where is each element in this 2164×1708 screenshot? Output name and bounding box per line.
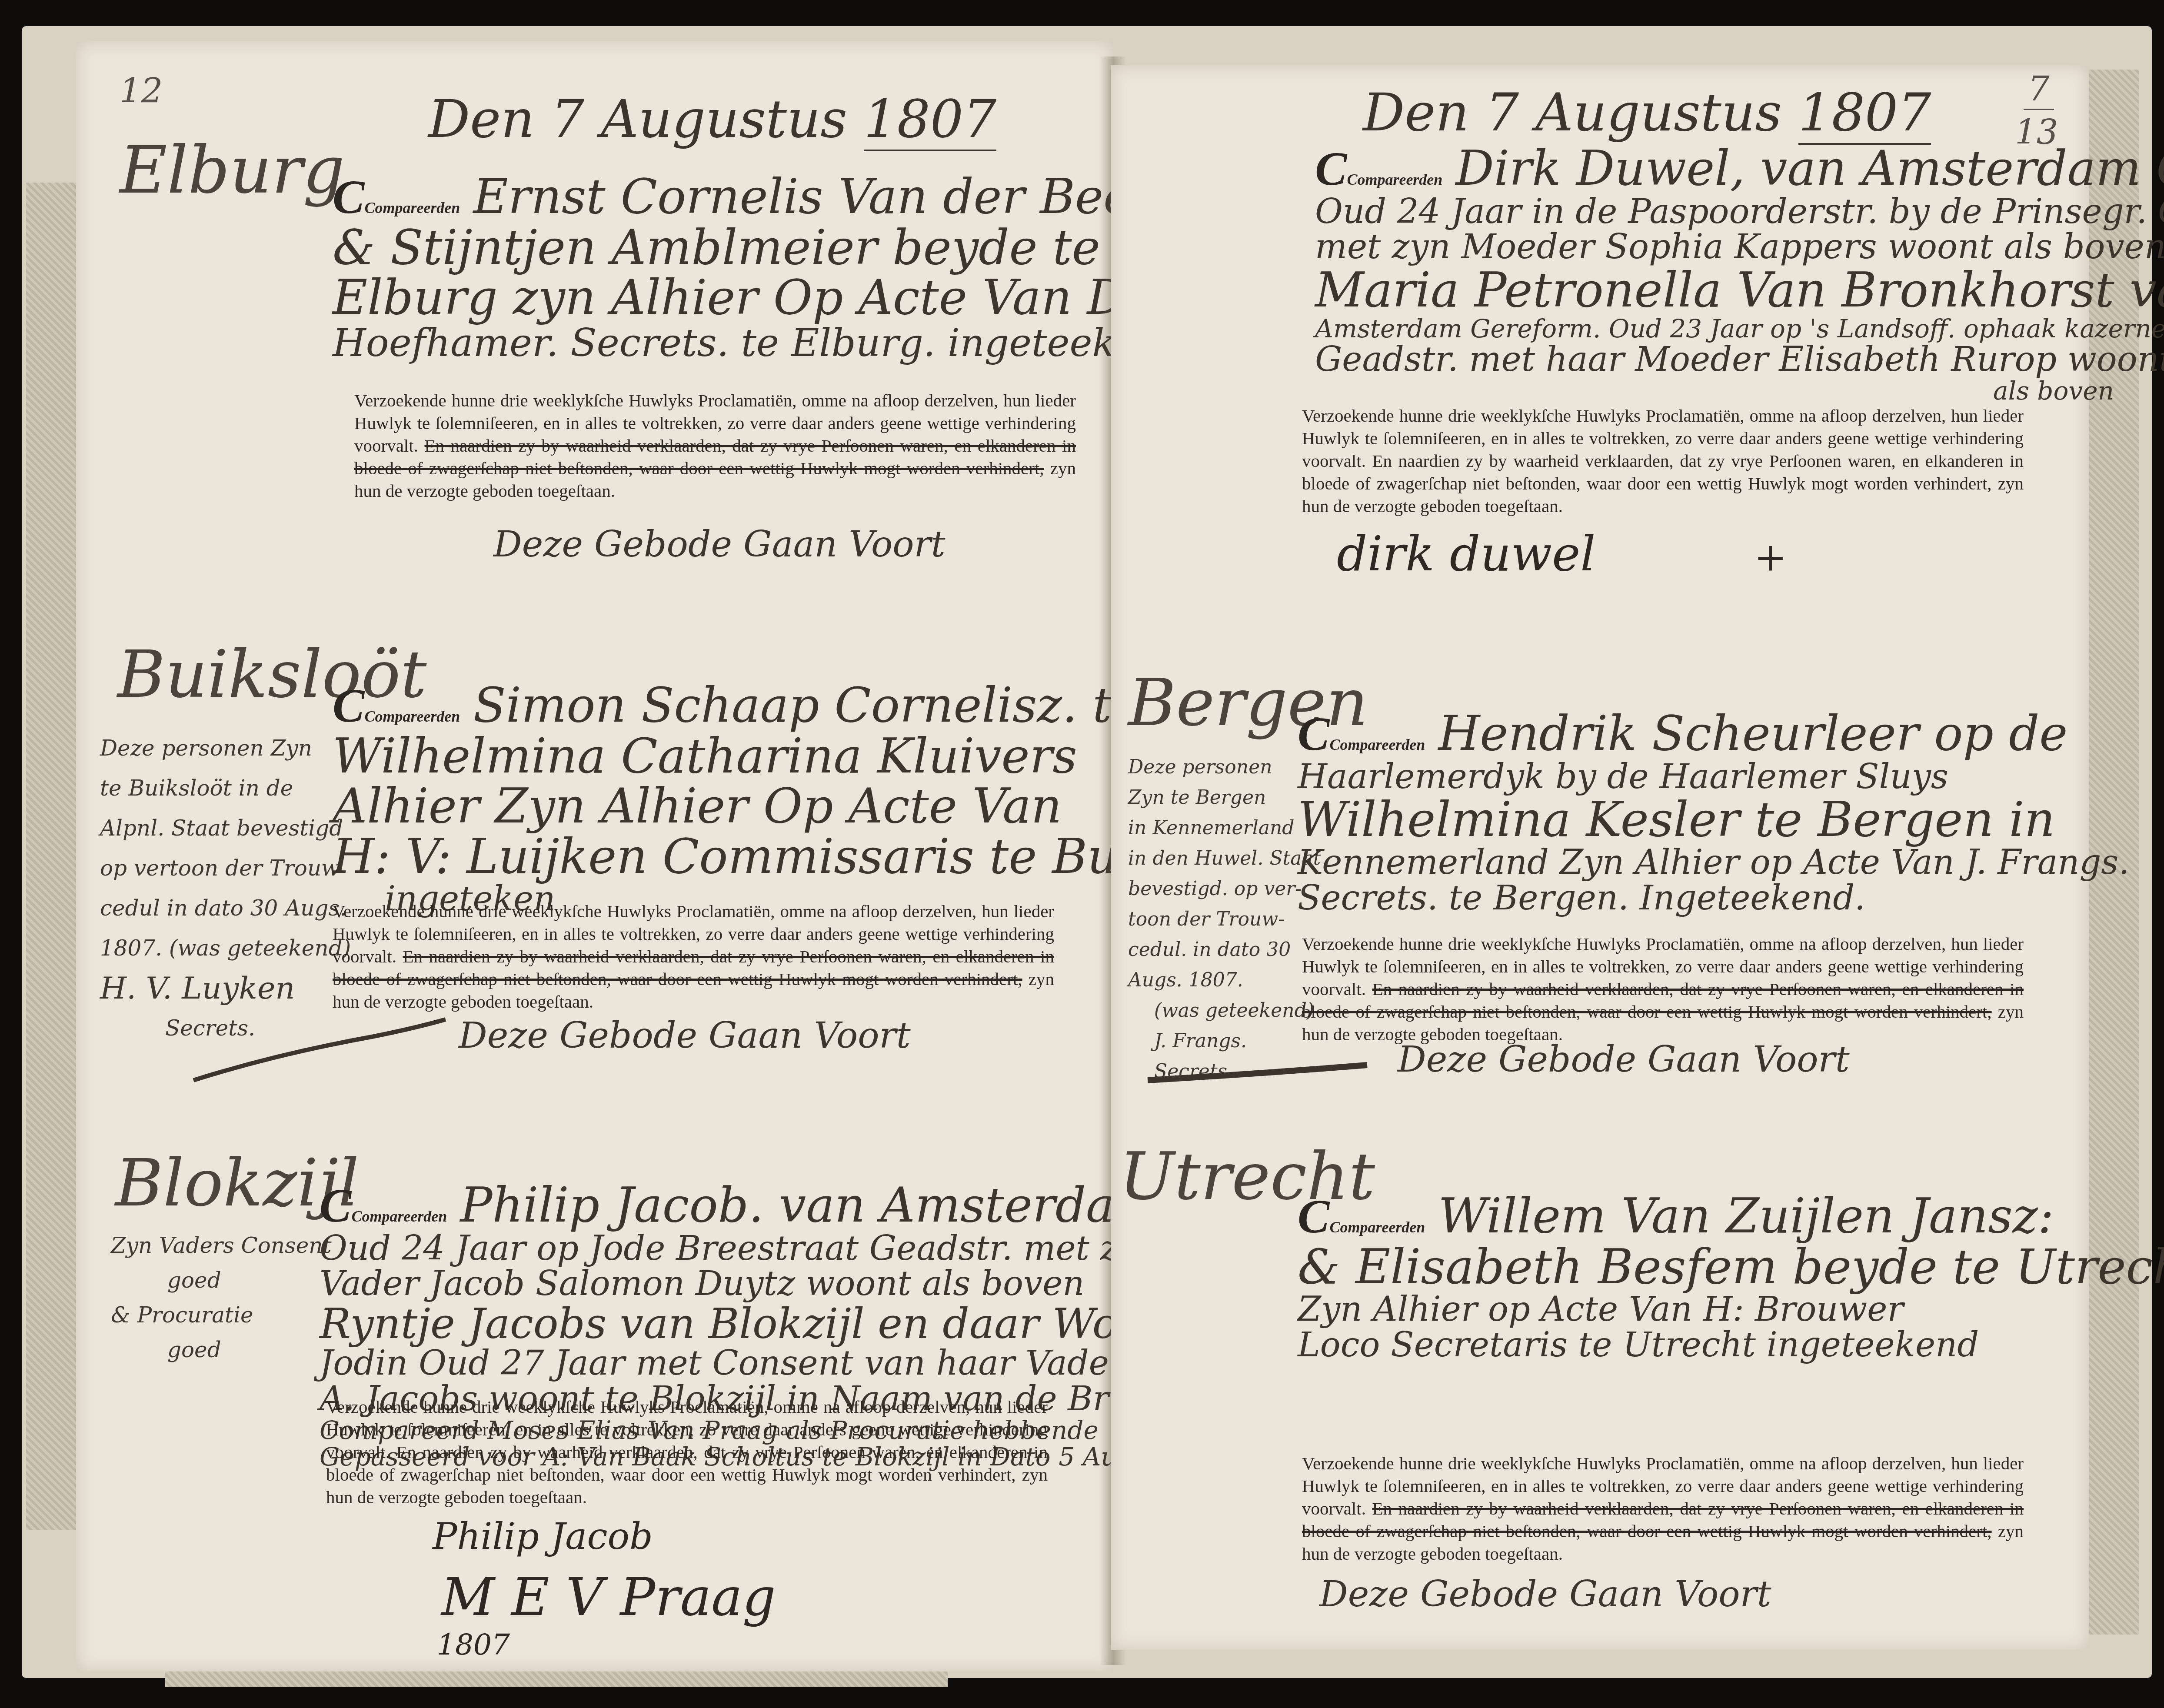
entry-line: Oud 24 Jaar in de Paspoorderstr. by de P… [1315, 194, 2164, 230]
formula-sentence-2: En naardien zy by waarheid verklaarden, … [1302, 979, 2024, 1022]
signature-year: 1807 [437, 1628, 510, 1661]
entry-place-elburg: Elburg [120, 133, 345, 208]
left-date-text: Den 7 Augustus [428, 89, 847, 150]
printed-formula: Verzoekende hunne drie weeklykſche Huwly… [1302, 1452, 2024, 1565]
formula-sentence-2: En naardien zy by waarheid verklaarden, … [354, 436, 1076, 478]
compareerden-label: CCompareerden [1298, 1192, 1425, 1242]
margin-note-line: 1807. (was geteekend) [100, 928, 351, 968]
ink-flourish [1145, 1061, 1372, 1087]
binding-cloth-top-left [26, 183, 83, 1530]
compareerden-label: CCompareerden [333, 681, 460, 731]
ink-flourish [189, 1015, 450, 1085]
margin-note-line: Deze personen [1128, 752, 1321, 782]
closing-note: Deze Gebode Gaan Voort [1398, 1039, 1850, 1080]
margin-note-line: H. V. Luyken [100, 968, 351, 1008]
margin-note-line: Augs. 1807. [1128, 965, 1321, 996]
compareerden-label: CCompareerden [320, 1181, 447, 1231]
formula-sentence-2: En naardien zy by waarheid verklaarden, … [333, 946, 1054, 989]
printed-formula: Verzoekende hunne drie weeklykſche Huwly… [333, 900, 1054, 1013]
margin-note-line: te Buiksloöt in de [100, 768, 351, 808]
right-page-number-top: 7 [2024, 70, 2054, 110]
margin-note-line: Zyn te Bergen [1128, 782, 1321, 813]
entry-line: Zyn Alhier op Acte Van H: Brouwer [1298, 1292, 2164, 1328]
margin-note-line: bevestigd. op ver- [1128, 874, 1321, 904]
margin-note-line: (was geteekend) [1128, 996, 1321, 1026]
entry-line: Hendrik Scheurleer op de [1438, 706, 2067, 761]
margin-note-line: cedul. in dato 30 [1128, 935, 1321, 965]
entry-line: & Stijntjen Amblmeier beyde te [333, 223, 1199, 273]
margin-note-line: goed [111, 1263, 332, 1298]
margin-note-bergen: Deze personen Zyn te Bergen in Kennemerl… [1128, 752, 1321, 1087]
left-date-heading: Den 7 Augustus 1807 [428, 89, 996, 150]
entry-line: als boven [1315, 378, 2164, 404]
printed-formula: Verzoekende hunne drie weeklykſche Huwly… [1302, 932, 2024, 1045]
signature-proxy: M E V Praag [441, 1567, 776, 1628]
entry-line: Maria Petronella Van Bronkhorst van [1315, 265, 2164, 316]
margin-note-line: Deze personen Zyn [100, 728, 351, 768]
margin-note-line: & Procuratie [111, 1298, 332, 1332]
right-date-year: 1807 [1798, 83, 1931, 145]
right-date-text: Den 7 Augustus [1363, 83, 1782, 143]
margin-note-line: goed [111, 1332, 332, 1367]
entry-line: Elburg zyn Alhier Op Acte Van D. [333, 273, 1199, 323]
entry-line: met zyn Moeder Sophia Kappers woont als … [1315, 230, 2164, 265]
compareerden-label: CCompareerden [1315, 144, 1442, 194]
margin-note-line: cedul in dato 30 Augs. [100, 888, 351, 928]
entry-line: Loco Secretaris te Utrecht ingeteekend [1298, 1328, 2164, 1363]
closing-note: Deze Gebode Gaan Voort [493, 524, 946, 565]
margin-note-line: in Kennemerland [1128, 813, 1321, 843]
right-page: 7 13 Den 7 Augustus 1807 CCompareerdenDi… [1111, 65, 2089, 1650]
compareerden-label: CCompareerden [1298, 709, 1425, 759]
printed-formula: Verzoekende hunne drie weeklykſche Huwly… [1302, 404, 2024, 517]
entry-line: & Elisabeth Besfem beyde te Utrecht [1298, 1242, 2164, 1292]
margin-note-line: toon der Trouw- [1128, 904, 1321, 935]
signature-bride-mark: + [1754, 535, 1787, 580]
entry-bergen: CCompareerdenHendrik Scheurleer op de Ha… [1298, 709, 2129, 916]
entry-line: Amsterdam Gereform. Oud 23 Jaar op 's La… [1315, 316, 2164, 342]
entry-line: Dirk Duwel, van Amsterdam Gereformeerd [1455, 140, 2164, 196]
entry-line: Secrets. te Bergen. Ingeteekend. [1298, 881, 2129, 916]
left-page-number: 12 [120, 72, 163, 111]
left-date-year: 1807 [864, 89, 996, 151]
entry-line: Kennemerland Zyn Alhier op Acte Van J. F… [1298, 845, 2129, 881]
margin-note-line: J. Frangs. [1128, 1026, 1321, 1056]
entry-utrecht: CCompareerdenWillem Van Zuijlen Jansz: &… [1298, 1191, 2164, 1363]
formula-sentence-2: En naardien zy by waarheid verklaarden, … [1302, 1498, 2024, 1541]
right-date-heading: Den 7 Augustus 1807 [1363, 83, 1931, 143]
entry-duwel: CCompareerdenDirk Duwel, van Amsterdam G… [1315, 143, 2164, 404]
closing-note: Deze Gebode Gaan Voort [1319, 1574, 1771, 1615]
printed-formula: Verzoekende hunne drie weeklykſche Huwly… [326, 1395, 1048, 1508]
left-page: 12 Den 7 Augustus 1807 Elburg CCompareer… [76, 41, 1113, 1671]
margin-note-line: Alpnl. Staat bevestigd [100, 808, 351, 848]
signature-groom: Philip Jacob [433, 1515, 653, 1558]
formula-sentence-2: En naardien zy by waarheid verklaarden, … [1302, 451, 2024, 493]
margin-note-line: op vertoon der Trouw [100, 848, 351, 888]
entry-line: Wilhelmina Kesler te Bergen in [1298, 795, 2129, 845]
margin-note-line: in den Huwel. Staat [1128, 843, 1321, 874]
entry-line: Hoefhamer. Secrets. te Elburg. ingeteeke… [333, 323, 1199, 363]
compareerden-label: CCompareerden [333, 172, 460, 223]
entry-line: Willem Van Zuijlen Jansz: [1438, 1188, 2054, 1244]
entry-line: Ernst Cornelis Van der Beek [473, 169, 1161, 224]
entry-line: Haarlemerdyk by de Haarlemer Sluys [1298, 759, 2129, 795]
margin-note-buiksloot: Deze personen Zyn te Buiksloöt in de Alp… [100, 728, 351, 1048]
printed-formula: Verzoekende hunne drie weeklykſche Huwly… [354, 389, 1076, 502]
entry-line: Geadstr. met haar Moeder Elisabeth Rurop… [1315, 342, 2164, 378]
entry-elburg: CCompareerdenErnst Cornelis Van der Beek… [333, 172, 1199, 363]
formula-sentence-2: En naardien zy by waarheid verklaarden, … [326, 1442, 1048, 1485]
margin-note-blokzijl: Zyn Vaders Consent goed & Procuratie goe… [111, 1228, 332, 1367]
signature-groom: dirk duwel [1337, 526, 1596, 582]
closing-note: Deze Gebode Gaan Voort [459, 1015, 911, 1056]
margin-note-line: Zyn Vaders Consent [111, 1228, 332, 1263]
